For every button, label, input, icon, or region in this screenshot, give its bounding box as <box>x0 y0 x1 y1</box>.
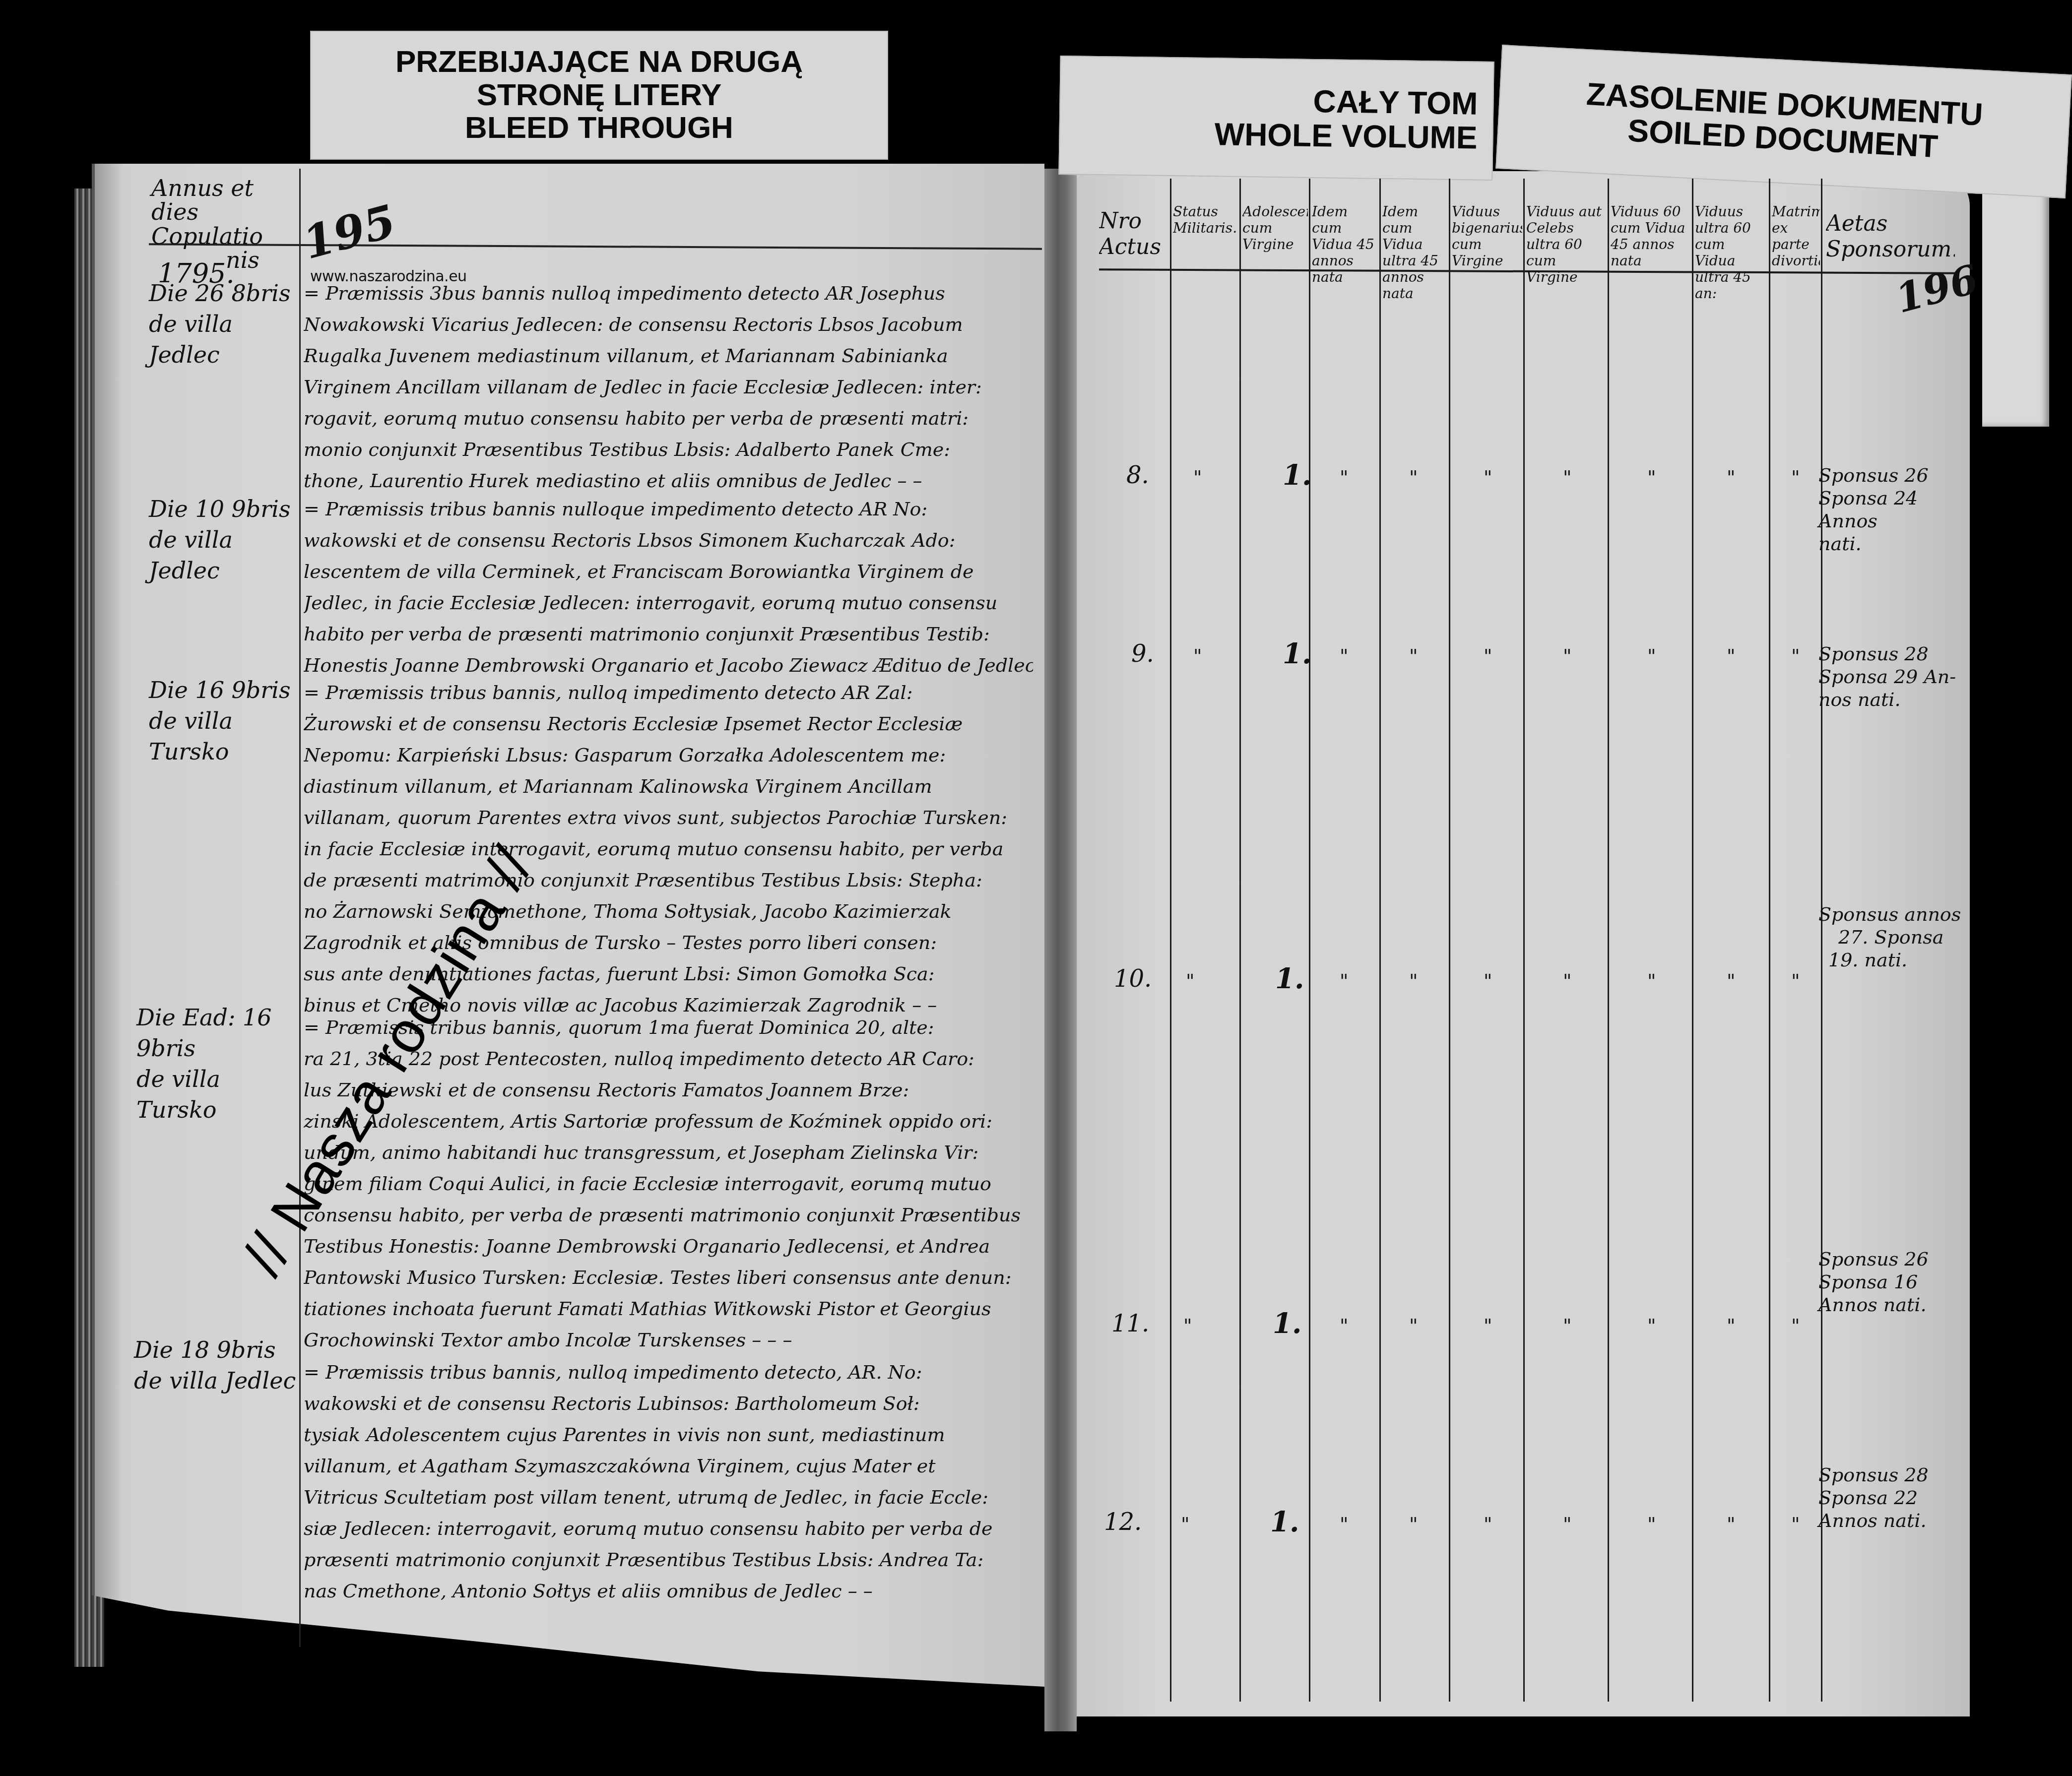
entry-line: Żurowski et de consensu Rectoris Ecclesi… <box>304 708 1033 740</box>
entry-line: diastinum villanum, et Mariannam Kalinow… <box>304 771 1033 802</box>
col-header-aetas-sponsorum: Aetas Sponsorum. <box>1826 211 1955 262</box>
col-header-matrimonia-divortiata: Matrimonia ex parte divortiata <box>1772 203 1820 269</box>
age-line: 27. Sponsa <box>1818 926 1977 949</box>
cell-ditto: " <box>1563 970 1571 992</box>
cell-ditto: " <box>1727 466 1735 488</box>
entry-line: Virginem Ancillam villanam de Jedlec in … <box>304 372 1033 403</box>
cell-ditto: " <box>1409 1513 1418 1535</box>
cell-ditto: " <box>1563 1513 1571 1535</box>
cell-ditto: " <box>1727 1513 1735 1535</box>
date-line: Die Ead: 16 9bris <box>136 1002 300 1064</box>
entry-line: in facie Ecclesiæ interrogavit, eorumq m… <box>304 833 1033 865</box>
cell-nro: 12. <box>1104 1508 1142 1536</box>
header-line: dies Copulatio <box>151 200 295 248</box>
cell-aetas: Sponsus annos 27. Sponsa 19. nati. <box>1818 903 1977 971</box>
entry-line: Zagrodnik et aliis omnibus de Tursko – T… <box>304 927 1033 958</box>
entry-line: lescentem de villa Cerminek, et Francisc… <box>304 556 1033 587</box>
cell-ditto: " <box>1727 1315 1735 1336</box>
age-line: nos nati. <box>1818 688 1977 711</box>
entry-line: thone, Laurentio Hurek mediastino et ali… <box>304 465 1033 497</box>
age-line: Sponsa 29 An- <box>1818 665 1977 688</box>
label-line: CAŁY TOM <box>1313 84 1478 121</box>
col-header-status-militaris: Status Militaris. <box>1173 203 1238 236</box>
cell-nro: 8. <box>1126 461 1149 489</box>
entry-line: Jedlec, in facie Ecclesiæ Jedlecen: inte… <box>304 587 1033 619</box>
place-line: de villa Tursko <box>149 705 298 767</box>
age-line: Sponsus annos <box>1818 903 1977 926</box>
entry-line: siæ Jedlecen: interrogavit, eorumq mutuo… <box>304 1513 1033 1544</box>
header-line: Annus et <box>151 176 295 200</box>
entry-line: = Præmissis tribus bannis, nulloq impedi… <box>304 677 1033 708</box>
entry-date: Die 26 8bris de villa Jedlec <box>149 278 298 370</box>
cell-ditto: " <box>1727 970 1735 992</box>
entry-line: Nowakowski Vicarius Jedlecen: de consens… <box>304 309 1033 340</box>
entry-line: = Præmissis tribus bannis nulloque imped… <box>304 494 1033 525</box>
age-line: Sponsa 22 <box>1818 1486 1977 1509</box>
cell-ditto: " <box>1340 1315 1348 1336</box>
entry-line: habito per verba de præsenti matrimonio … <box>304 619 1033 650</box>
col-header-viduus-ultra-60: Viduus ultra 60 cum Vidua ultra 45 an: <box>1695 203 1768 302</box>
entry-line: tysiak Adolescentem cujus Parentes in vi… <box>304 1419 1033 1451</box>
date-line: Die 26 8bris <box>149 278 298 309</box>
place-line: de villa Tursko <box>136 1064 300 1125</box>
entry-line: Testibus Honestis: Joanne Dembrowski Org… <box>304 1231 1033 1262</box>
cell-ditto: " <box>1791 645 1800 667</box>
cell-ditto: " <box>1484 1513 1492 1535</box>
cell-ditto: " <box>1409 645 1418 667</box>
cell-ditto: " <box>1791 970 1800 992</box>
cell-ditto: " <box>1791 1513 1800 1535</box>
entry-line: rogavit, eorumq mutuo consensu habito pe… <box>304 403 1033 434</box>
label-line: BLEED THROUGH <box>465 112 733 145</box>
label-line: PRZEBIJAJĄCE NA DRUGĄ <box>395 46 803 79</box>
entry-line: villanam, quorum Parentes extra vivos su… <box>304 802 1033 833</box>
entry-line: Honestis Joanne Dembrowski Organario et … <box>304 650 1033 681</box>
paper-flap <box>1982 169 2049 427</box>
cell-aetas: Sponsus 26 Sponsa 24 Annos nati. <box>1818 464 1977 555</box>
cell-ditto: " <box>1727 645 1735 667</box>
margin-rule <box>299 169 301 1647</box>
cell-ditto: " <box>1484 466 1492 488</box>
age-line: Sponsus 26 <box>1818 1248 1977 1270</box>
cell-ditto: " <box>1563 645 1571 667</box>
cell-adolescens: 1. <box>1283 459 1311 492</box>
col-header-idem-vidua-ultra-45: Idem cum Vidua ultra 45 annos nata <box>1382 203 1448 302</box>
column-divider <box>1692 179 1693 1702</box>
entry-date: Die 16 9bris de villa Tursko <box>149 675 298 767</box>
entry-line: de præsenti matrimonio conjunxit Præsent… <box>304 865 1033 896</box>
cell-ditto: " <box>1340 466 1348 488</box>
label-line: STRONĘ LITERY <box>477 79 722 112</box>
place-line: de villa Jedlec <box>149 309 298 370</box>
cell-ditto: " <box>1409 1315 1418 1336</box>
column-divider <box>1170 179 1171 1702</box>
cell-status: " <box>1186 970 1194 992</box>
col-header-nro-actus: Nro Actus <box>1099 208 1168 260</box>
entry-line: monio conjunxit Præsentibus Testibus Lbs… <box>304 434 1033 465</box>
book-gutter <box>1044 169 1077 1731</box>
cell-ditto: " <box>1340 1513 1348 1535</box>
place-line: de villa Jedlec <box>149 524 298 586</box>
age-line: Sponsa 16 <box>1818 1270 1977 1293</box>
entry-line: consensu habito, per verba de præsenti m… <box>304 1200 1033 1231</box>
label-line: WHOLE VOLUME <box>1214 117 1478 155</box>
age-line: Sponsus 28 <box>1818 642 1977 665</box>
col-header-viduus-bigenarius: Viduus bigenarius cum Virgine <box>1452 203 1522 269</box>
cell-ditto: " <box>1647 1513 1656 1535</box>
entry-line: undum, animo habitandi huc transgressum,… <box>304 1137 1033 1168</box>
date-line: Die 18 9bris <box>134 1334 298 1365</box>
entry-date: Die 10 9bris de villa Jedlec <box>149 494 298 586</box>
cell-ditto: " <box>1484 970 1492 992</box>
cell-ditto: " <box>1484 1315 1492 1336</box>
cell-status: " <box>1193 645 1202 667</box>
date-line: Die 10 9bris <box>149 494 298 524</box>
cell-adolescens: 1. <box>1270 1506 1299 1538</box>
cell-ditto: " <box>1484 645 1492 667</box>
cell-status: " <box>1181 1513 1189 1535</box>
entry-line: wakowski et de consensu Rectoris Lubinso… <box>304 1388 1033 1419</box>
column-divider <box>1608 179 1609 1702</box>
entry-line: Vitricus Scultetiam post villam tenent, … <box>304 1482 1033 1513</box>
col-header-idem-vidua-45: Idem cum Vidua 45 annos nata <box>1312 203 1378 285</box>
cell-status: " <box>1183 1315 1192 1336</box>
entry-line: Pantowski Musico Tursken: Ecclesiæ. Test… <box>304 1262 1033 1293</box>
marriage-entry: = Præmissis tribus bannis, nulloq impedi… <box>304 1357 1033 1607</box>
entry-line: villanum, et Agatham Szymaszczakówna Vir… <box>304 1451 1033 1482</box>
column-divider <box>1449 179 1450 1702</box>
cell-ditto: " <box>1791 466 1800 488</box>
cell-adolescens: 1. <box>1273 1307 1301 1340</box>
entry-date: Die 18 9bris de villa Jedlec <box>134 1334 298 1396</box>
date-line: Die 16 9bris <box>149 675 298 705</box>
cell-aetas: Sponsus 28 Sponsa 22 Annos nati. <box>1818 1463 1977 1532</box>
entry-date: Die Ead: 16 9bris de villa Tursko <box>136 1002 300 1125</box>
cell-ditto: " <box>1409 466 1418 488</box>
entry-line: zinski Adolescentem, Artis Sartoriæ prof… <box>304 1106 1033 1137</box>
entry-line: no Żarnowski Semicmethone, Thoma Sołtysi… <box>304 896 1033 927</box>
column-divider <box>1239 179 1241 1702</box>
cell-nro: 11. <box>1111 1310 1149 1337</box>
age-line: Sponsa 24 Annos <box>1818 487 1977 532</box>
entry-line: = Præmissis tribus bannis, nulloq impedi… <box>304 1357 1033 1388</box>
cell-ditto: " <box>1791 1315 1800 1336</box>
cell-ditto: " <box>1563 466 1571 488</box>
entry-line: = Præmissis 3bus bannis nulloq impedimen… <box>304 278 1033 309</box>
cell-adolescens: 1. <box>1283 637 1311 670</box>
col-header-adolescens: Adolescens cum Virgine <box>1242 203 1308 253</box>
cell-aetas: Sponsus 28 Sponsa 29 An- nos nati. <box>1818 642 1977 711</box>
age-line: Annos nati. <box>1818 1293 1977 1316</box>
column-divider <box>1769 179 1770 1702</box>
column-divider <box>1379 179 1381 1702</box>
cell-ditto: " <box>1340 970 1348 992</box>
age-line: Sponsus 28 <box>1818 1463 1977 1486</box>
cell-nro: 10. <box>1114 965 1152 993</box>
cell-ditto: " <box>1647 970 1656 992</box>
entry-line: wakowski et de consensu Rectoris Lbsos S… <box>304 525 1033 556</box>
cell-ditto: " <box>1647 1315 1656 1336</box>
entry-line: Nepomu: Karpieński Lbsus: Gasparum Gorza… <box>304 740 1033 771</box>
cell-ditto: " <box>1340 645 1348 667</box>
column-divider <box>1523 179 1525 1702</box>
age-line: nati. <box>1818 532 1977 555</box>
marriage-entry: = Præmissis tribus bannis nulloque imped… <box>304 494 1033 681</box>
col-header-viduus-celebs-60: Viduus aut Celebs ultra 60 cum Virgine <box>1526 203 1607 285</box>
age-line: 19. nati. <box>1818 949 1977 971</box>
entry-line: tiationes inchoata fuerunt Famati Mathia… <box>304 1293 1033 1325</box>
cell-status: " <box>1193 466 1202 488</box>
cell-ditto: " <box>1647 466 1656 488</box>
entry-line: nas Cmethone, Antonio Sołtys et aliis om… <box>304 1576 1033 1607</box>
cell-nro: 9. <box>1131 640 1154 668</box>
place-line: de villa Jedlec <box>134 1365 298 1396</box>
cell-aetas: Sponsus 26 Sponsa 16 Annos nati. <box>1818 1248 1977 1316</box>
entry-line: præsenti matrimonio conjunxit Præsentibu… <box>304 1544 1033 1576</box>
cell-ditto: " <box>1563 1315 1571 1336</box>
age-line: Sponsus 26 <box>1818 464 1977 487</box>
marriage-entry: = Præmissis 3bus bannis nulloq impedimen… <box>304 278 1033 497</box>
entry-line: Rugalka Juvenem mediastinum villanum, et… <box>304 340 1033 372</box>
entry-line: ginem filiam Coqui Aulici, in facie Eccl… <box>304 1168 1033 1200</box>
col-header-viduus-60-vidua-45: Viduus 60 cum Vidua 45 annos nata <box>1611 203 1691 269</box>
label-whole-volume: CAŁY TOM WHOLE VOLUME <box>1058 56 1494 181</box>
cell-adolescens: 1. <box>1275 962 1304 995</box>
cell-ditto: " <box>1647 645 1656 667</box>
label-bleed-through: PRZEBIJAJĄCE NA DRUGĄ STRONĘ LITERY BLEE… <box>310 31 888 160</box>
column-divider <box>1309 179 1310 1702</box>
cell-ditto: " <box>1409 970 1418 992</box>
entry-line: Grochowinski Textor ambo Incolæ Turskens… <box>304 1325 1033 1356</box>
age-line: Annos nati. <box>1818 1509 1977 1532</box>
